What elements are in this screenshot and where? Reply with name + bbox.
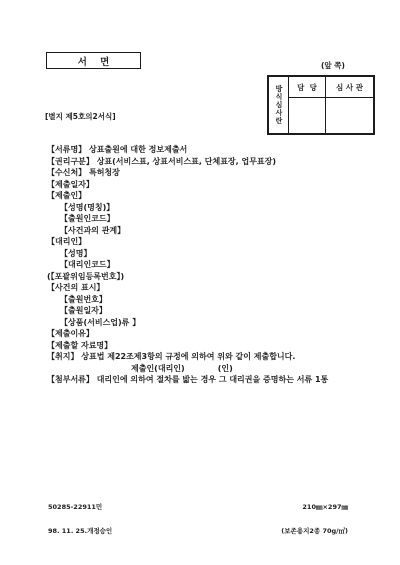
line-submitter: 【제출인】 <box>47 190 377 202</box>
review-table-col-staff: 담 당 <box>288 77 325 97</box>
footer-paper-spec: (보존용지2종 70g/㎡) <box>248 527 348 535</box>
line-purport: 【취지】 상표법 제22조제3항의 규정에 의하여 위와 같이 제출합니다. <box>47 351 377 363</box>
footer-revision-date: 98. 11. 25.개정승인 <box>48 527 112 535</box>
line-submission-reason: 【제출이유】 <box>47 328 377 340</box>
line-application-date: 【출원일자】 <box>47 305 377 317</box>
line-applicant-code: 【출원인코드】 <box>47 213 377 225</box>
footer-left: 50285-22911민 98. 11. 25.개정승인 <box>48 487 112 551</box>
line-recipient: 【수신처】 특허청장 <box>47 167 377 179</box>
line-material-name: 【제출할 자료명】 <box>47 340 377 352</box>
line-goods-class: 【상품(서비스업)류 】 <box>47 317 377 329</box>
line-agent: 【대리인】 <box>47 236 377 248</box>
line-agent-code: 【대리인코드】 <box>47 259 377 271</box>
line-application-number: 【출원번호】 <box>47 294 377 306</box>
signature-submitter-label: 제출인(대리인) <box>131 363 185 375</box>
line-right-category: 【권리구분】 상표(서비스표, 상표서비스표, 단체표장, 업무표장) <box>47 156 377 168</box>
form-reference: [별지 제5호의2서식] <box>45 111 116 122</box>
review-table-cell-staff-empty <box>288 97 325 133</box>
footer-right: 210㎜×297㎜ (보존용지2종 70g/㎡) <box>248 487 348 551</box>
footer-paper-size: 210㎜×297㎜ <box>248 503 348 511</box>
signature-seal-label: (인) <box>218 363 233 375</box>
line-delegation-number: (【포괄위임등록번호】) <box>47 271 377 283</box>
signature-line: 제출인(대리인) (인) <box>47 363 377 375</box>
front-side-label: (앞 쪽) <box>321 60 345 71</box>
line-document-name: 【서류명】 상표출원에 대한 정보제출서 <box>47 144 377 156</box>
line-submission-date: 【제출일자】 <box>47 179 377 191</box>
document-page: 서 면 (앞 쪽) 방식심사란 담 당 심 사 관 [별지 제5호의2서식] 【… <box>0 0 400 565</box>
formality-review-table: 방식심사란 담 당 심 사 관 <box>267 75 375 135</box>
line-attachments: 【첨부서류】 대리인에 의하여 절차를 밟는 경우 그 대리권을 증명하는 서류… <box>47 374 377 386</box>
line-relation-to-case: 【사건과의 관계】 <box>47 225 377 237</box>
document-title-box: 서 면 <box>46 52 141 69</box>
review-table-row-header: 방식심사란 <box>269 77 288 133</box>
line-agent-name: 【성명】 <box>47 248 377 260</box>
form-body: 【서류명】 상표출원에 대한 정보제출서 【권리구분】 상표(서비스표, 상표서… <box>47 144 377 386</box>
review-table-cell-examiner-empty <box>325 97 373 133</box>
footer-form-number: 50285-22911민 <box>48 503 112 511</box>
review-table-col-examiner: 심 사 관 <box>325 77 373 97</box>
line-case-indication: 【사건의 표시】 <box>47 282 377 294</box>
line-submitter-name: 【성명(명칭)】 <box>47 202 377 214</box>
document-title: 서 면 <box>78 54 110 68</box>
